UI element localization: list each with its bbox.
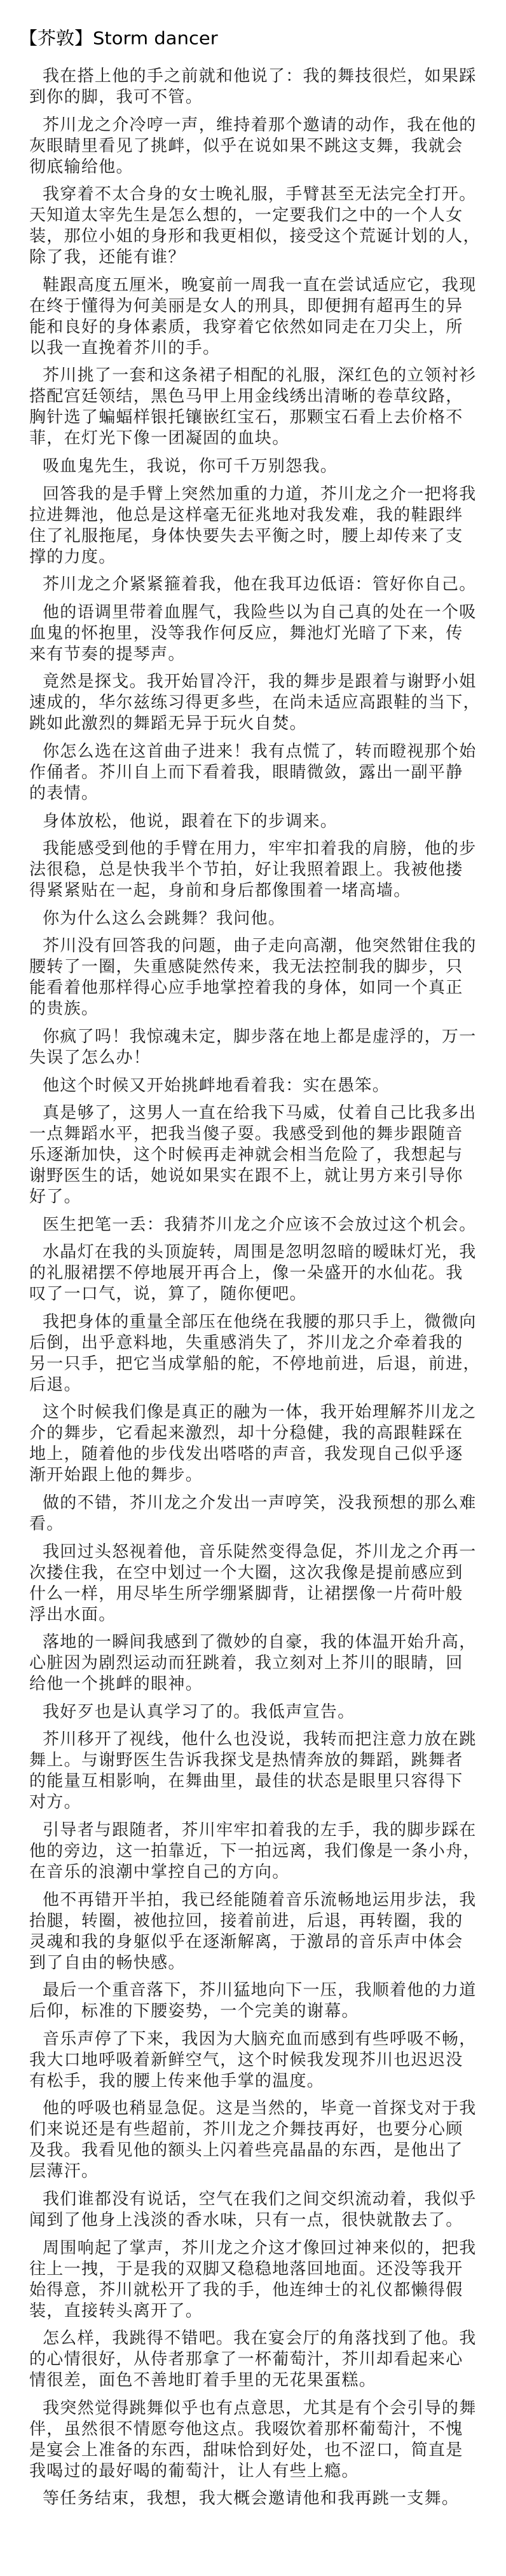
paragraph-line: 真是够了，这男人一直在给我下马威，仗着自己比我多出: [29, 1103, 487, 1124]
paragraph-line: 法很稳，总是快我半个节拍，好让我照着跟上。我被他搂: [29, 860, 487, 880]
paragraph-line: 腰转了一圈，失重感陡然传来，我无法控制我的脚步，只: [29, 957, 487, 978]
paragraph-line: 以我一直挽着芥川的手。: [29, 338, 487, 359]
paragraph-line: 装，那位小姐的身形和我更相似，接受这个荒诞计划的人，: [29, 226, 487, 247]
paragraph-line: 失误了怎么办！: [29, 1048, 487, 1069]
paragraph-line: 我们谁都没有说话，空气在我们之间交织流动着，我似乎: [29, 2189, 487, 2210]
paragraph: 我好歹也是认真学习了的。我低声宣告。: [29, 1702, 487, 1723]
paragraph-line: 你怎么选在这首曲子进来！我有点慌了，转而瞪视那个始: [29, 741, 487, 762]
paragraph-line: 我把身体的重量全部压在他绕在我腰的那只手上，微微向: [29, 1312, 487, 1333]
paragraph-line: 一点舞蹈水平，把我当傻子耍。我感受到他的舞步跟随音: [29, 1124, 487, 1145]
paragraph-line: 们来说还是有些超前，芥川龙之介舞技再好，也要分心顾: [29, 2119, 487, 2140]
paragraph-line: 他的语调里带着血腥气，我险些以为自己真的处在一个吸: [29, 602, 487, 623]
paragraph: 我突然觉得跳舞似乎也有点意思，尤其是有个会引导的舞伴，虽然很不情愿夸他这点。我啜…: [29, 2398, 487, 2482]
paragraph: 他的呼吸也稍显急促。这是当然的，毕竟一首探戈对于我们来说还是有些超前，芥川龙之介…: [29, 2098, 487, 2182]
paragraph-line: 他这个时候又开始挑衅地看着我：实在愚笨。: [29, 1076, 487, 1096]
paragraph: 芥川龙之介紧紧箍着我，他在我耳边低语：管好你自己。: [29, 574, 487, 595]
paragraph: 芥川挑了一套和这条裙子相配的礼服，深红色的立领衬衫搭配宫廷领结，黑色马甲上用金线…: [29, 365, 487, 449]
paragraph: 水晶灯在我的头顶旋转，周围是忽明忽暗的暧昧灯光，我的礼服裙摆不停地展开再合上，像…: [29, 1242, 487, 1305]
paragraph-line: 舞上。与谢野医生告诉我探戈是热情奔放的舞蹈，跳舞者: [29, 1750, 487, 1771]
paragraph-line: 天知道太宰先生是怎么想的，一定要我们之中的一个人女: [29, 205, 487, 226]
paragraph: 芥川移开了视线，他什么也没说，我转而把注意力放在跳舞上。与谢野医生告诉我探戈是热…: [29, 1729, 487, 1813]
paragraph-line: 伴，虽然很不情愿夸他这点。我啜饮着那杯葡萄汁，不愧: [29, 2419, 487, 2440]
paragraph-line: 情很差，面色不善地盯着手里的无花果蛋糕。: [29, 2370, 487, 2391]
paragraph-line: 怎么样，我跳得不错吧。我在宴会厅的角落找到了他。我: [29, 2328, 487, 2349]
paragraph-line: 灰眼睛里看见了挑衅，似乎在说如果不跳这支舞，我就会: [29, 136, 487, 157]
paragraph-line: 落地的一瞬间我感到了微妙的自豪，我的体温开始升高，: [29, 1632, 487, 1653]
paragraph-line: 彻底输给他。: [29, 157, 487, 178]
paragraph-line: 乐逐渐加快，这个时候再走神就会相当危险了，我想起与: [29, 1145, 487, 1166]
paragraph: 我回过头怒视着他，音乐陡然变得急促，芥川龙之介再一次搂住我，在空中划过一个大圈，…: [29, 1542, 487, 1626]
paragraph-line: 次搂住我，在空中划过一个大圈，这次我像是提前感应到: [29, 1563, 487, 1584]
paragraph-line: 他的旁边，这一拍靠近，下一拍远离，我们像是一条小舟，: [29, 1841, 487, 1862]
paragraph-line: 谢野医生的话，她说如果实在跟不上，就让男方来引导你: [29, 1166, 487, 1187]
paragraph-line: 心脏因为剧烈运动而狂跳着，我立刻对上芥川的眼睛，回: [29, 1653, 487, 1674]
paragraph-line: 浮出水面。: [29, 1605, 487, 1626]
paragraph-line: 血鬼的怀抱里，没等我作何反应，舞池灯光暗了下来，传: [29, 623, 487, 644]
paragraph: 芥川龙之介冷哼一声，维持着那个邀请的动作，我在他的灰眼睛里看见了挑衅，似乎在说如…: [29, 115, 487, 178]
paragraph-line: 渐开始跟上他的舞步。: [29, 1465, 487, 1486]
paragraph-line: 胸针选了蝙蝠样银托镶嵌红宝石，那颗宝石看上去价格不: [29, 407, 487, 428]
paragraph-line: 我能感受到他的手臂在用力，牢牢扣着我的肩膀，他的步: [29, 839, 487, 860]
paragraph-line: 芥川移开了视线，他什么也没说，我转而把注意力放在跳: [29, 1729, 487, 1750]
paragraph: 这个时候我们像是真正的融为一体，我开始理解芥川龙之介的舞步，它看起来激烈，却十分…: [29, 1402, 487, 1486]
paragraph: 等任务结束，我想，我大概会邀请他和我再跳一支舞。: [29, 2488, 487, 2509]
paragraph: 我们谁都没有说话，空气在我们之间交织流动着，我似乎闻到了他身上浅淡的香水味，只有…: [29, 2189, 487, 2231]
paragraph-line: 芥川没有回答我的问题，曲子走向高潮，他突然钳住我的: [29, 936, 487, 957]
paragraph: 你为什么这么会跳舞？我问他。: [29, 908, 487, 929]
paragraph-line: 菲，在灯光下像一团凝固的血块。: [29, 428, 487, 449]
paragraph-line: 的能量互相影响，在舞曲里，最佳的状态是眼里只容得下: [29, 1771, 487, 1792]
paragraph-line: 拉进舞池，他总是这样毫无征兆地对我发难，我的鞋跟绊: [29, 505, 487, 526]
paragraph-line: 抬腿，转圈，被他拉回，接着前进，后退，再转圈，我的: [29, 1911, 487, 1932]
paragraph: 你怎么选在这首曲子进来！我有点慌了，转而瞪视那个始作俑者。芥川自上而下看着我，眼…: [29, 741, 487, 804]
paragraph-line: 到了自由的畅快感。: [29, 1953, 487, 1974]
paragraph-line: 我喝过的最好喝的葡萄汁，让人有些上瘾。: [29, 2461, 487, 2482]
paragraph: 吸血鬼先生，我说，你可千万别怨我。: [29, 456, 487, 477]
paragraph-line: 水晶灯在我的头顶旋转，周围是忽明忽暗的暧昧灯光，我: [29, 1242, 487, 1263]
paragraph: 真是够了，这男人一直在给我下马威，仗着自己比我多出一点舞蹈水平，把我当傻子耍。我…: [29, 1103, 487, 1208]
paragraph-line: 叹了一口气，说，算了，随你便吧。: [29, 1284, 487, 1305]
paragraph: 他的语调里带着血腥气，我险些以为自己真的处在一个吸血鬼的怀抱里，没等我作何反应，…: [29, 602, 487, 665]
paragraph-line: 芥川龙之介冷哼一声，维持着那个邀请的动作，我在他的: [29, 115, 487, 136]
paragraph: 你疯了吗！我惊魂未定，脚步落在地上都是虚浮的，万一失误了怎么办！: [29, 1027, 487, 1069]
paragraph-line: 撑的力度。: [29, 547, 487, 568]
article-body: 我在搭上他的手之前就和他说了：我的舞技很烂，如果踩到你的脚，我可不管。芥川龙之介…: [29, 66, 487, 2516]
paragraph-line: 我大口地呼吸着新鲜空气，这个时候我发现芥川也迟迟没: [29, 2050, 487, 2071]
paragraph-line: 最后一个重音落下，芥川猛地向下一压，我顺着他的力道: [29, 1980, 487, 2001]
paragraph-line: 身体放松，他说，跟着在下的步调来。: [29, 811, 487, 832]
paragraph-line: 来有节奏的提琴声。: [29, 644, 487, 665]
document-page: 【芥敦】Storm dancer 我在搭上他的手之前就和他说了：我的舞技很烂，如…: [0, 0, 506, 2576]
paragraph-line: 音乐声停了下来，我因为大脑充血而感到有些呼吸不畅，: [29, 2029, 487, 2050]
paragraph: 身体放松，他说，跟着在下的步调来。: [29, 811, 487, 832]
paragraph-line: 后退。: [29, 1375, 487, 1396]
paragraph-line: 芥川龙之介紧紧箍着我，他在我耳边低语：管好你自己。: [29, 574, 487, 595]
paragraph-line: 这个时候我们像是真正的融为一体，我开始理解芥川龙之: [29, 1402, 487, 1423]
paragraph-line: 介的舞步，它看起来激烈，却十分稳健，我的高跟鞋踩在: [29, 1423, 487, 1444]
document-title: 【芥敦】Storm dancer: [19, 28, 218, 48]
paragraph-line: 鞋跟高度五厘米，晚宴前一周我一直在尝试适应它，我现: [29, 275, 487, 296]
paragraph-line: 到你的脚，我可不管。: [29, 87, 487, 108]
paragraph-line: 周围响起了掌声，芥川龙之介这才像回过神来似的，把我: [29, 2238, 487, 2259]
paragraph: 竟然是探戈。我开始冒冷汗，我的舞步是跟着与谢野小姐速成的，华尔兹练习得更多些，在…: [29, 671, 487, 734]
paragraph-line: 引导者与跟随者，芥川牢牢扣着我的左手，我的脚步踩在: [29, 1820, 487, 1841]
paragraph: 怎么样，我跳得不错吧。我在宴会厅的角落找到了他。我的心情很好，从侍者那拿了一杯葡…: [29, 2328, 487, 2391]
paragraph: 周围响起了掌声，芥川龙之介这才像回过神来似的，把我往上一拽，于是我的双脚又稳稳地…: [29, 2238, 487, 2322]
paragraph-line: 搭配宫廷领结，黑色马甲上用金线绣出清晰的卷草纹路，: [29, 386, 487, 407]
paragraph-line: 跳如此激烈的舞蹈无异于玩火自焚。: [29, 713, 487, 734]
paragraph: 他不再错开半拍，我已经能随着音乐流畅地运用步法，我抬腿，转圈，被他拉回，接着前进…: [29, 1890, 487, 1974]
paragraph-line: 的表情。: [29, 783, 487, 804]
paragraph-line: 竟然是探戈。我开始冒冷汗，我的舞步是跟着与谢野小姐: [29, 671, 487, 692]
paragraph: 我能感受到他的手臂在用力，牢牢扣着我的肩膀，他的步法很稳，总是快我半个节拍，好让…: [29, 839, 487, 901]
paragraph-line: 能看着他那样得心应手地掌控着我的身体，如同一个真正: [29, 978, 487, 999]
paragraph-line: 往上一拽，于是我的双脚又稳稳地落回地面。还没等我开: [29, 2259, 487, 2280]
paragraph: 医生把笔一丢：我猜芥川龙之介应该不会放过这个机会。: [29, 1215, 487, 1236]
paragraph-line: 看。: [29, 1514, 487, 1535]
paragraph-line: 后倒，出乎意料地，失重感消失了，芥川龙之介牵着我的: [29, 1333, 487, 1354]
paragraph-line: 我在搭上他的手之前就和他说了：我的舞技很烂，如果踩: [29, 66, 487, 87]
paragraph-line: 我回过头怒视着他，音乐陡然变得急促，芥川龙之介再一: [29, 1542, 487, 1563]
paragraph-line: 对方。: [29, 1792, 487, 1813]
paragraph-line: 灵魂和我的身躯似乎在逐渐解离，于激昂的音乐声中体会: [29, 1932, 487, 1953]
paragraph-line: 速成的，华尔兹练习得更多些，在尚未适应高跟鞋的当下，: [29, 692, 487, 713]
paragraph-line: 吸血鬼先生，我说，你可千万别怨我。: [29, 456, 487, 477]
paragraph: 芥川没有回答我的问题，曲子走向高潮，他突然钳住我的腰转了一圈，失重感陡然传来，我…: [29, 936, 487, 1020]
paragraph: 音乐声停了下来，我因为大脑充血而感到有些呼吸不畅，我大口地呼吸着新鲜空气，这个时…: [29, 2029, 487, 2092]
paragraph-line: 他不再错开半拍，我已经能随着音乐流畅地运用步法，我: [29, 1890, 487, 1911]
paragraph-line: 你疯了吗！我惊魂未定，脚步落在地上都是虚浮的，万一: [29, 1027, 487, 1048]
paragraph: 我把身体的重量全部压在他绕在我腰的那只手上，微微向后倒，出乎意料地，失重感消失了…: [29, 1312, 487, 1396]
paragraph-line: 你为什么这么会跳舞？我问他。: [29, 908, 487, 929]
paragraph-line: 的礼服裙摆不停地展开再合上，像一朵盛开的水仙花。我: [29, 1263, 487, 1284]
paragraph-line: 除了我，还能有谁？: [29, 247, 487, 268]
paragraph-line: 后仰，标准的下腰姿势，一个完美的谢幕。: [29, 2001, 487, 2022]
paragraph-line: 始得意，芥川就松开了我的手，他连绅士的礼仪都懒得假: [29, 2280, 487, 2301]
paragraph: 我穿着不太合身的女士晚礼服，手臂甚至无法完全打开。天知道太宰先生是怎么想的，一定…: [29, 184, 487, 268]
paragraph-line: 我穿着不太合身的女士晚礼服，手臂甚至无法完全打开。: [29, 184, 487, 205]
paragraph-line: 好了。: [29, 1187, 487, 1208]
paragraph-line: 我好歹也是认真学习了的。我低声宣告。: [29, 1702, 487, 1723]
paragraph-line: 是宴会上准备的东西，甜味恰到好处，也不涩口，简直是: [29, 2440, 487, 2461]
paragraph-line: 芥川挑了一套和这条裙子相配的礼服，深红色的立领衬衫: [29, 365, 487, 386]
paragraph-line: 我突然觉得跳舞似乎也有点意思，尤其是有个会引导的舞: [29, 2398, 487, 2419]
paragraph-line: 有松手，我的腰上传来他手掌的温度。: [29, 2071, 487, 2092]
paragraph-line: 住了礼服拖尾，身体快要失去平衡之时，腰上却传来了支: [29, 526, 487, 547]
paragraph-line: 得紧紧贴在一起，身前和身后都像围着一堵高墙。: [29, 880, 487, 901]
paragraph-line: 的心情很好，从侍者那拿了一杯葡萄汁，芥川却看起来心: [29, 2349, 487, 2370]
paragraph-line: 在终于懂得为何美丽是女人的刑具，即便拥有超再生的异: [29, 296, 487, 317]
paragraph-line: 另一只手，把它当成掌船的舵，不停地前进，后退，前进，: [29, 1354, 487, 1375]
paragraph-line: 作俑者。芥川自上而下看着我，眼睛微敛，露出一副平静: [29, 762, 487, 783]
paragraph: 做的不错，芥川龙之介发出一声哼笑，没我预想的那么难看。: [29, 1493, 487, 1535]
paragraph: 引导者与跟随者，芥川牢牢扣着我的左手，我的脚步踩在他的旁边，这一拍靠近，下一拍远…: [29, 1820, 487, 1883]
paragraph: 他这个时候又开始挑衅地看着我：实在愚笨。: [29, 1076, 487, 1096]
paragraph-line: 及我。我看见他的额头上闪着些亮晶晶的东西，是他出了: [29, 2140, 487, 2161]
paragraph-line: 什么一样，用尽毕生所学绷紧脚背，让裙摆像一片荷叶般: [29, 1584, 487, 1605]
paragraph-line: 地上，随着他的步伐发出嗒嗒的声音，我发现自己似乎逐: [29, 1444, 487, 1465]
paragraph-line: 装，直接转头离开了。: [29, 2301, 487, 2322]
paragraph: 落地的一瞬间我感到了微妙的自豪，我的体温开始升高，心脏因为剧烈运动而狂跳着，我立…: [29, 1632, 487, 1695]
paragraph-line: 的贵族。: [29, 999, 487, 1020]
paragraph-line: 医生把笔一丢：我猜芥川龙之介应该不会放过这个机会。: [29, 1215, 487, 1236]
paragraph-line: 给他一个挑衅的眼神。: [29, 1674, 487, 1695]
paragraph-line: 在音乐的浪潮中掌控自己的方向。: [29, 1862, 487, 1883]
paragraph: 最后一个重音落下，芥川猛地向下一压，我顺着他的力道后仰，标准的下腰姿势，一个完美…: [29, 1980, 487, 2022]
paragraph-line: 闻到了他身上浅淡的香水味，只有一点，很快就散去了。: [29, 2210, 487, 2231]
paragraph-line: 做的不错，芥川龙之介发出一声哼笑，没我预想的那么难: [29, 1493, 487, 1514]
paragraph-line: 等任务结束，我想，我大概会邀请他和我再跳一支舞。: [29, 2488, 487, 2509]
paragraph: 我在搭上他的手之前就和他说了：我的舞技很烂，如果踩到你的脚，我可不管。: [29, 66, 487, 108]
paragraph: 回答我的是手臂上突然加重的力道，芥川龙之介一把将我拉进舞池，他总是这样毫无征兆地…: [29, 484, 487, 568]
paragraph-line: 层薄汗。: [29, 2161, 487, 2182]
paragraph-line: 他的呼吸也稍显急促。这是当然的，毕竟一首探戈对于我: [29, 2098, 487, 2119]
paragraph-line: 能和良好的身体素质，我穿着它依然如同走在刀尖上，所: [29, 317, 487, 338]
paragraph-line: 回答我的是手臂上突然加重的力道，芥川龙之介一把将我: [29, 484, 487, 505]
paragraph: 鞋跟高度五厘米，晚宴前一周我一直在尝试适应它，我现在终于懂得为何美丽是女人的刑具…: [29, 275, 487, 359]
